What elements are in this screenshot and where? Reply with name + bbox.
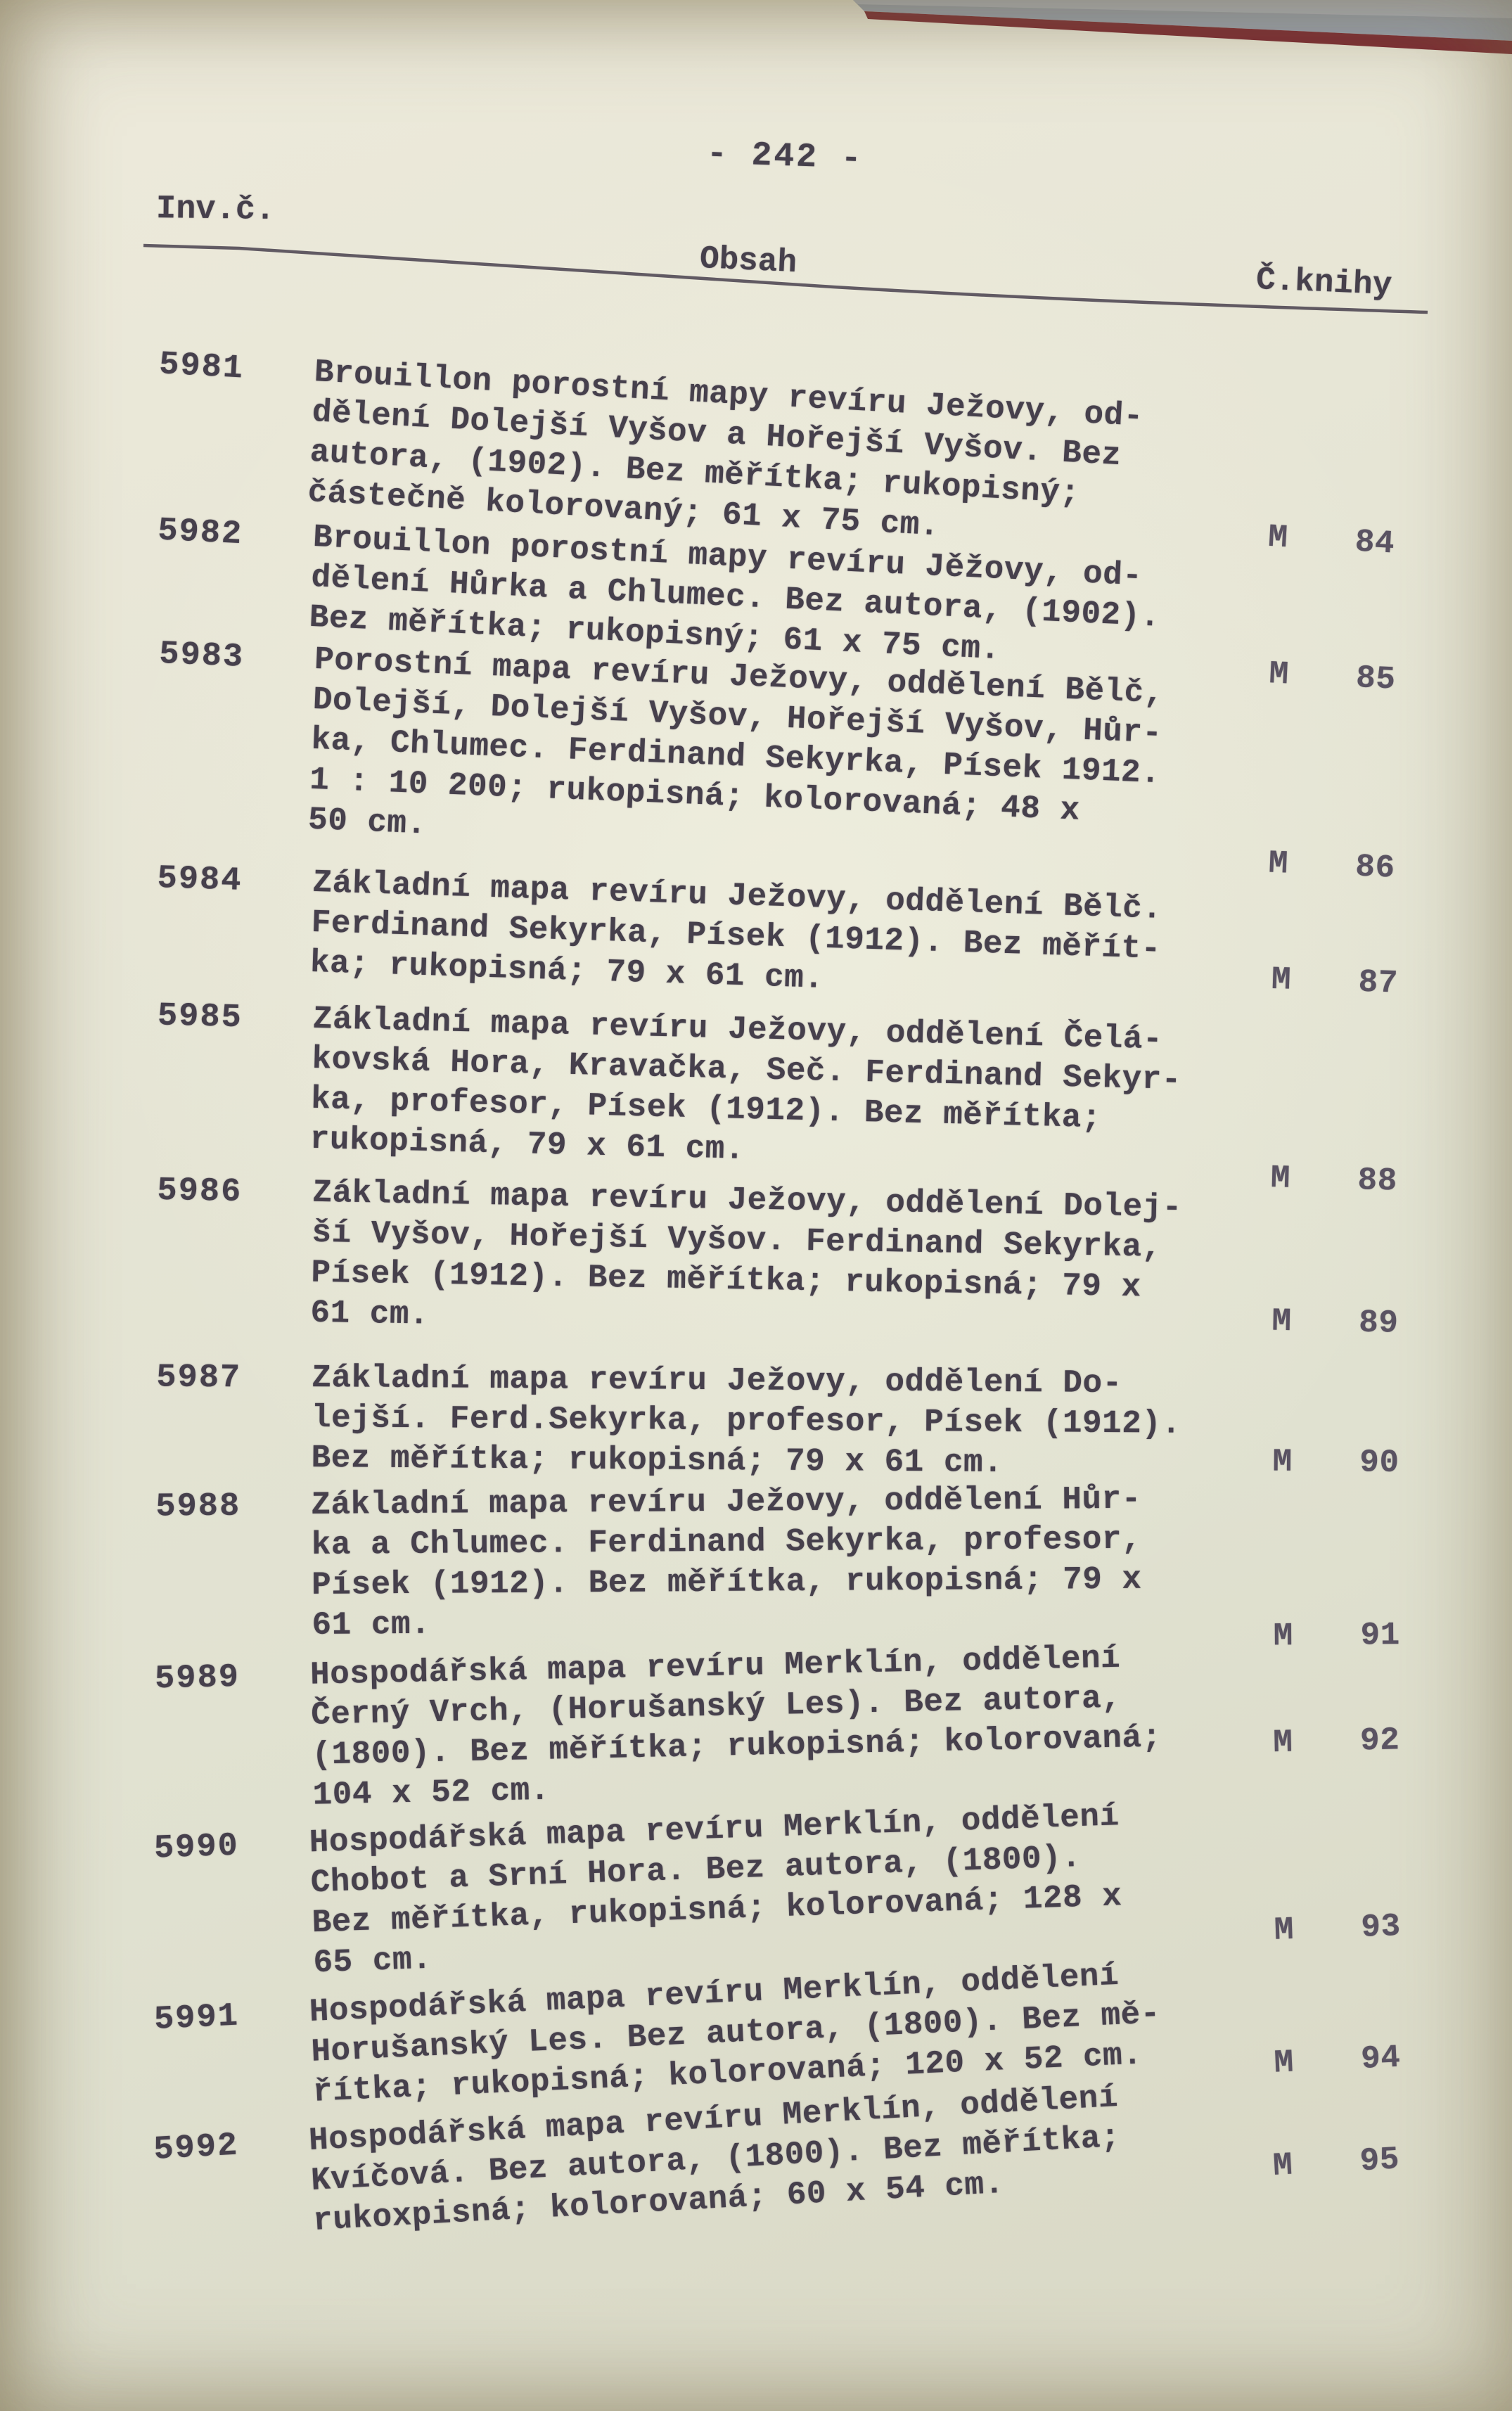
book-number: 93 [1361, 1907, 1402, 1948]
inventory-entry: 5987 Základní mapa revíru Ježovy, odděle… [0, 1356, 1512, 1487]
book-reference: M 89 [1271, 1302, 1399, 1344]
book-number: 95 [1359, 2140, 1400, 2182]
book-series-letter: M [1268, 844, 1289, 885]
book-number: 84 [1354, 523, 1395, 565]
book-reference: M 95 [1272, 2140, 1401, 2187]
book-reference: M 90 [1272, 1443, 1399, 1483]
book-number: 87 [1358, 963, 1399, 1004]
book-number: 89 [1359, 1303, 1399, 1344]
book-series-letter: M [1272, 2146, 1294, 2187]
inventory-number: 5985 [157, 996, 243, 1038]
inventory-number: 5987 [156, 1358, 241, 1399]
book-series-letter: M [1271, 960, 1292, 1001]
scanned-inventory-page: - 242 - Inv.č. Obsah Č.knihy 5981 Brouil… [0, 0, 1512, 2411]
book-number: 86 [1354, 848, 1395, 889]
inventory-number: 5989 [155, 1658, 241, 1700]
inventory-number: 5982 [157, 511, 243, 556]
inventory-entry: 5986 Základní mapa revíru Ježovy, odděle… [0, 1168, 1512, 1354]
inventory-number: 5991 [153, 1997, 240, 2040]
inventory-number: 5990 [153, 1827, 240, 1869]
book-reference: M 92 [1273, 1720, 1400, 1763]
inventory-number: 5992 [153, 2126, 240, 2170]
inventory-entry: 5985 Základní mapa revíru Ježovy, odděle… [0, 992, 1512, 1189]
column-header-book-number: Č.knihy [1255, 262, 1392, 304]
inventory-number: 5986 [157, 1171, 243, 1213]
column-header-content: Obsah [699, 241, 797, 281]
inventory-number: 5984 [157, 859, 243, 902]
book-reference: M 84 [1267, 518, 1396, 565]
book-series-letter: M [1267, 518, 1289, 558]
book-reference: M 86 [1268, 844, 1396, 889]
page-number: - 242 - [706, 135, 864, 179]
column-header-inventory-number: Inv.č. [156, 191, 276, 229]
book-reference: M 87 [1271, 960, 1399, 1004]
desk-and-cover-edge [0, 0, 1512, 91]
inventory-number: 5981 [158, 345, 245, 389]
inventory-number: 5983 [158, 634, 245, 678]
book-number: 92 [1360, 1720, 1400, 1761]
inventory-number: 5988 [155, 1487, 241, 1528]
inventory-entry: 5988 Základní mapa revíru Ježovy, odděle… [0, 1477, 1512, 1648]
book-series-letter: M [1271, 1302, 1292, 1342]
book-series-letter: M [1274, 1910, 1295, 1951]
book-series-letter: M [1272, 1443, 1293, 1483]
entries-list: 5981 Brouillon porostní mapy revíru Ježo… [0, 335, 1512, 2258]
book-series-letter: M [1273, 1723, 1293, 1764]
